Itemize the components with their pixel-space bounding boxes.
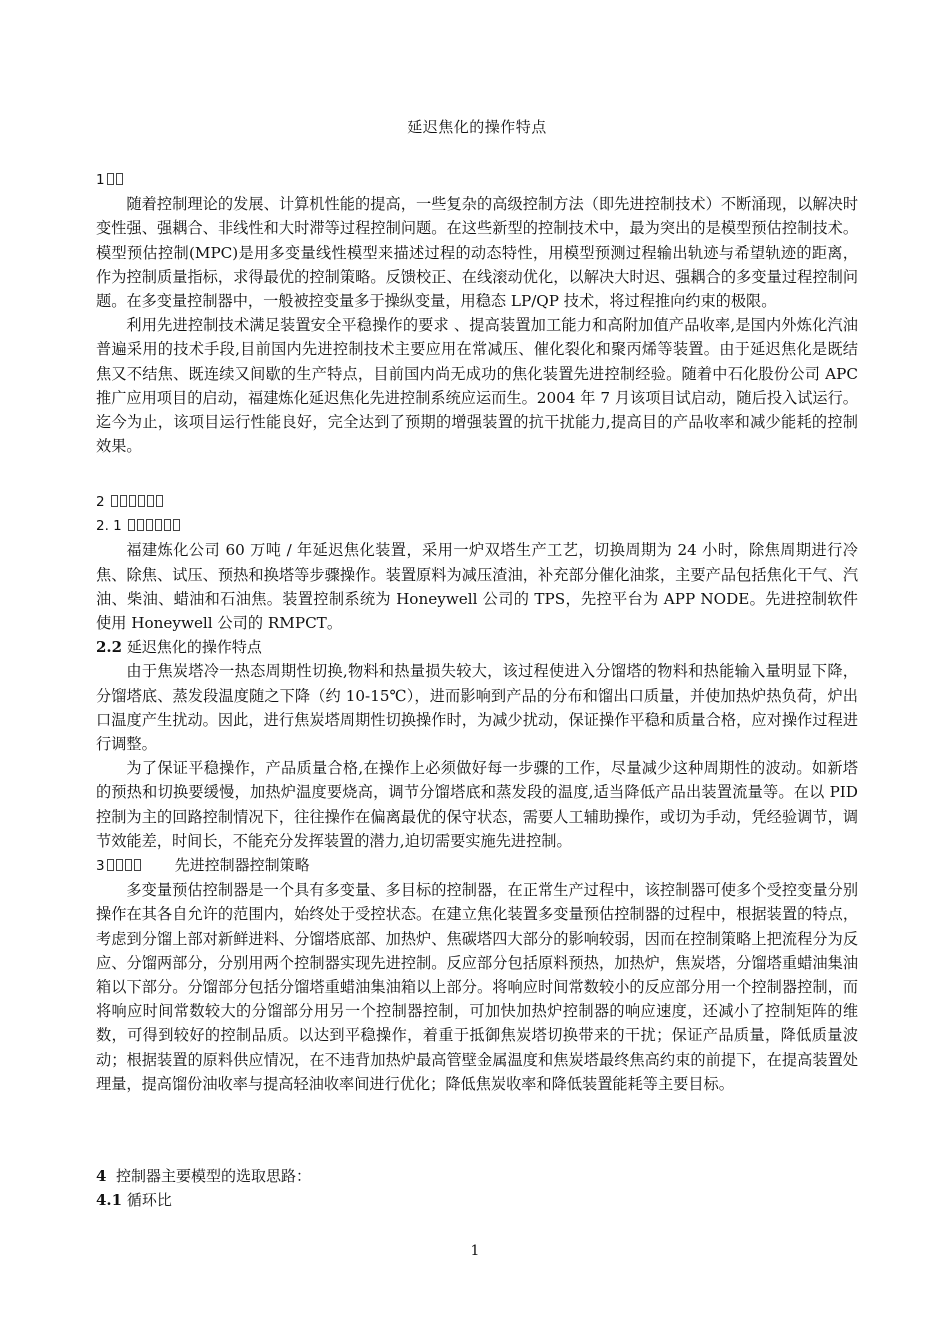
missing-glyph-icon: [134, 859, 141, 871]
section-number: 4.1: [96, 1191, 122, 1209]
missing-glyph-icon: [116, 859, 123, 871]
missing-glyph-icon: [128, 519, 135, 531]
paragraph: 福建炼化公司 60 万吨 / 年延迟焦化装置，采用一炉双塔生产工艺，切换周期为 …: [96, 538, 858, 635]
section-3-heading: 3先进控制器控制策略: [96, 853, 858, 878]
section-4: 4 控制器主要模型的选取思路： 4.1 循环比: [96, 1164, 858, 1212]
section-4-1-heading: 4.1 循环比: [96, 1188, 858, 1212]
section-2-heading: 2: [96, 490, 858, 514]
missing-glyph-icon: [125, 859, 132, 871]
missing-glyph-icon: [129, 495, 136, 507]
section-number: 4: [96, 1167, 106, 1185]
section-title: 先进控制器控制策略: [175, 856, 310, 874]
missing-glyph-icon: [156, 495, 163, 507]
missing-glyph-icon: [173, 519, 180, 531]
missing-glyph-icon: [155, 519, 162, 531]
missing-glyph-icon: [111, 495, 118, 507]
section-2-1-heading: 2. 1: [96, 514, 858, 538]
paragraph: 随着控制理论的发展、计算机性能的提高，一些复杂的高级控制方法（即先进控制技术）不…: [96, 192, 858, 313]
missing-glyph-icon: [164, 519, 171, 531]
section-2-2-heading: 2.2 延迟焦化的操作特点: [96, 635, 858, 659]
missing-glyph-icon: [146, 519, 153, 531]
section-4-heading: 4 控制器主要模型的选取思路：: [96, 1164, 858, 1188]
missing-glyph-icon: [107, 173, 114, 185]
section-number: 2.2: [96, 638, 122, 656]
section-number: 2: [96, 494, 105, 510]
section-title: 延迟焦化的操作特点: [127, 638, 262, 656]
section-2: 2 2. 1 福建炼化公司 60 万吨 / 年延迟焦化装置，采用一炉双塔生产工艺…: [96, 490, 858, 1096]
section-number: 1: [96, 172, 105, 188]
paragraph: 利用先进控制技术满足装置安全平稳操作的要求 、提高装置加工能力和高附加值产品收率…: [96, 313, 858, 458]
paragraph: 多变量预估控制器是一个具有多变量、多目标的控制器，在正常生产过程中，该控制器可使…: [96, 878, 858, 1096]
document-title: 延迟焦化的操作特点: [96, 116, 858, 137]
missing-glyph-icon: [147, 495, 154, 507]
section-number: 3: [96, 858, 105, 874]
paragraph: 由于焦炭塔冷一热态周期性切换,物料和热量损失较大，该过程使进入分馏塔的物料和热能…: [96, 659, 858, 756]
missing-glyph-icon: [137, 519, 144, 531]
section-title: 控制器主要模型的选取思路：: [116, 1167, 311, 1185]
paragraph: 为了保证平稳操作，产品质量合格,在操作上必须做好每一步骤的工作，尽量减少这种周期…: [96, 756, 858, 853]
section-number: 2. 1: [96, 518, 122, 534]
missing-glyph-icon: [138, 495, 145, 507]
page-number: 1: [0, 1243, 950, 1259]
section-1-heading: 1: [96, 168, 858, 192]
section-1: 1 随着控制理论的发展、计算机性能的提高，一些复杂的高级控制方法（即先进控制技术…: [96, 168, 858, 458]
missing-glyph-icon: [120, 495, 127, 507]
missing-glyph-icon: [107, 859, 114, 871]
section-title: 循环比: [127, 1191, 172, 1209]
missing-glyph-icon: [116, 173, 123, 185]
